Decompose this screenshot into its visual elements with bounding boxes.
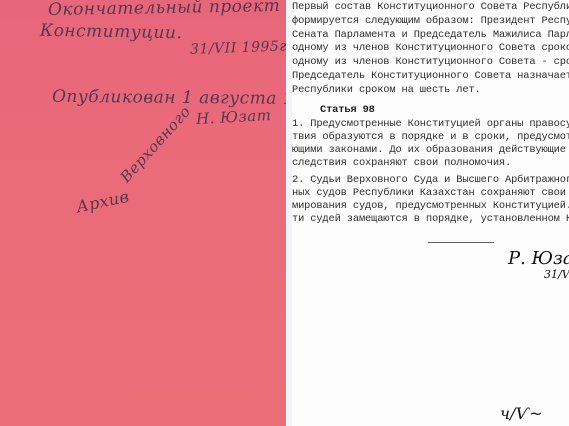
intro-line: Сената Парламента и Председатель Мажилис… — [292, 29, 569, 42]
paragraph-1-line: ющими законами. До их образования действ… — [292, 144, 569, 157]
handwritten-signature: Н. Юзат — [196, 106, 272, 128]
paragraph-2-line: мирования судов, предусмотренных Констит… — [292, 200, 569, 213]
paragraph-2-line: 2. Судьи Верховного Суда и Высшего Арбит… — [292, 174, 569, 187]
handwritten-note-constitution: Конституции. — [40, 21, 183, 43]
paragraph-2-line: ти судей замещаются в порядке, установле… — [292, 213, 569, 226]
intro-line: одному из членов Конституционного Совета… — [292, 56, 569, 69]
article-heading: Статья 98 — [320, 104, 375, 117]
signature-underline — [428, 242, 494, 243]
paragraph-1-line: 1. Предусмотренные Конституцией органы п… — [292, 118, 569, 131]
signature-date: 31/VII — [544, 268, 569, 281]
paragraph-2-line: ных судов Республики Казахстан сохраняют… — [292, 187, 569, 200]
intro-line: одному из членов Конституционного Совета… — [292, 42, 569, 55]
handwritten-note-final-draft: Окончательный проект — [48, 0, 281, 20]
signature-bottom: ч/Ѵ~ — [500, 404, 543, 423]
intro-line: Первый состав Конституционного Совета Ре… — [292, 1, 569, 14]
handwritten-note-archive: Архив — [75, 187, 131, 217]
intro-line: формируется следующим образом: Президент… — [292, 15, 569, 28]
handwritten-date: 31/VII 1995г. — [190, 38, 292, 58]
typed-document-page: Первый состав Конституционного Совета Ре… — [292, 0, 569, 426]
paragraph-1-line: следствия сохраняют свои полномочия. — [292, 157, 511, 170]
signature: Р. Юзат — [508, 248, 569, 269]
paragraph-1-line: твия образуются в порядке и в сроки, пре… — [292, 131, 569, 144]
intro-line: Республики сроком на шесть лет. — [292, 84, 481, 97]
pink-cover-page: Окончательный проект Конституции. 31/VII… — [0, 0, 286, 426]
intro-line: Председатель Конституционного Совета наз… — [292, 70, 569, 83]
handwritten-note-supreme: Верховного — [117, 102, 195, 186]
